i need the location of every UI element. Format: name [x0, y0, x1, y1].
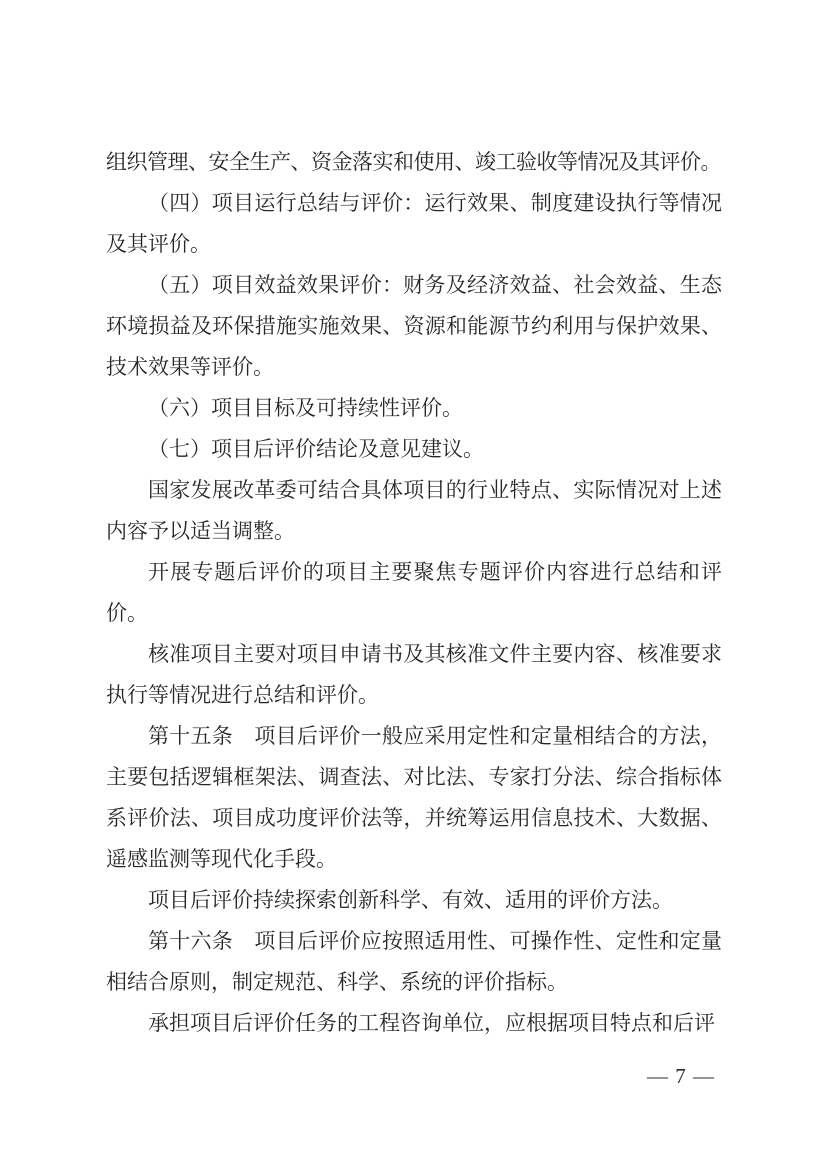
paragraph: 项目后评价持续探索创新科学、有效、适用的评价方法。 — [106, 880, 722, 921]
paragraph-item-7: （七）项目后评价结论及意见建议。 — [106, 429, 722, 470]
paragraph: 组织管理、安全生产、资金落实和使用、竣工验收等情况及其评价。 — [106, 142, 722, 183]
paragraph-article-15: 第十五条 项目后评价一般应采用定性和定量相结合的方法，主要包括逻辑框架法、调查法… — [106, 716, 722, 880]
paragraph-item-4: （四）项目运行总结与评价：运行效果、制度建设执行等情况及其评价。 — [106, 183, 722, 265]
paragraph: 承担项目后评价任务的工程咨询单位，应根据项目特点和后评 — [106, 1003, 722, 1044]
page-number: — 7 — — [647, 1064, 715, 1088]
document-body: 组织管理、安全生产、资金落实和使用、竣工验收等情况及其评价。 （四）项目运行总结… — [106, 142, 722, 1044]
document-page: 组织管理、安全生产、资金落实和使用、竣工验收等情况及其评价。 （四）项目运行总结… — [0, 0, 827, 1169]
page-footer: — 7 — — [647, 1062, 715, 1090]
paragraph-article-16: 第十六条 项目后评价应按照适用性、可操作性、定性和定量相结合原则，制定规范、科学… — [106, 921, 722, 1003]
paragraph: 国家发展改革委可结合具体项目的行业特点、实际情况对上述内容予以适当调整。 — [106, 470, 722, 552]
paragraph: 核准项目主要对项目申请书及其核准文件主要内容、核准要求执行等情况进行总结和评价。 — [106, 634, 722, 716]
paragraph: 开展专题后评价的项目主要聚焦专题评价内容进行总结和评价。 — [106, 552, 722, 634]
paragraph-item-6: （六）项目目标及可持续性评价。 — [106, 388, 722, 429]
paragraph-item-5: （五）项目效益效果评价：财务及经济效益、社会效益、生态环境损益及环保措施实施效果… — [106, 265, 722, 388]
